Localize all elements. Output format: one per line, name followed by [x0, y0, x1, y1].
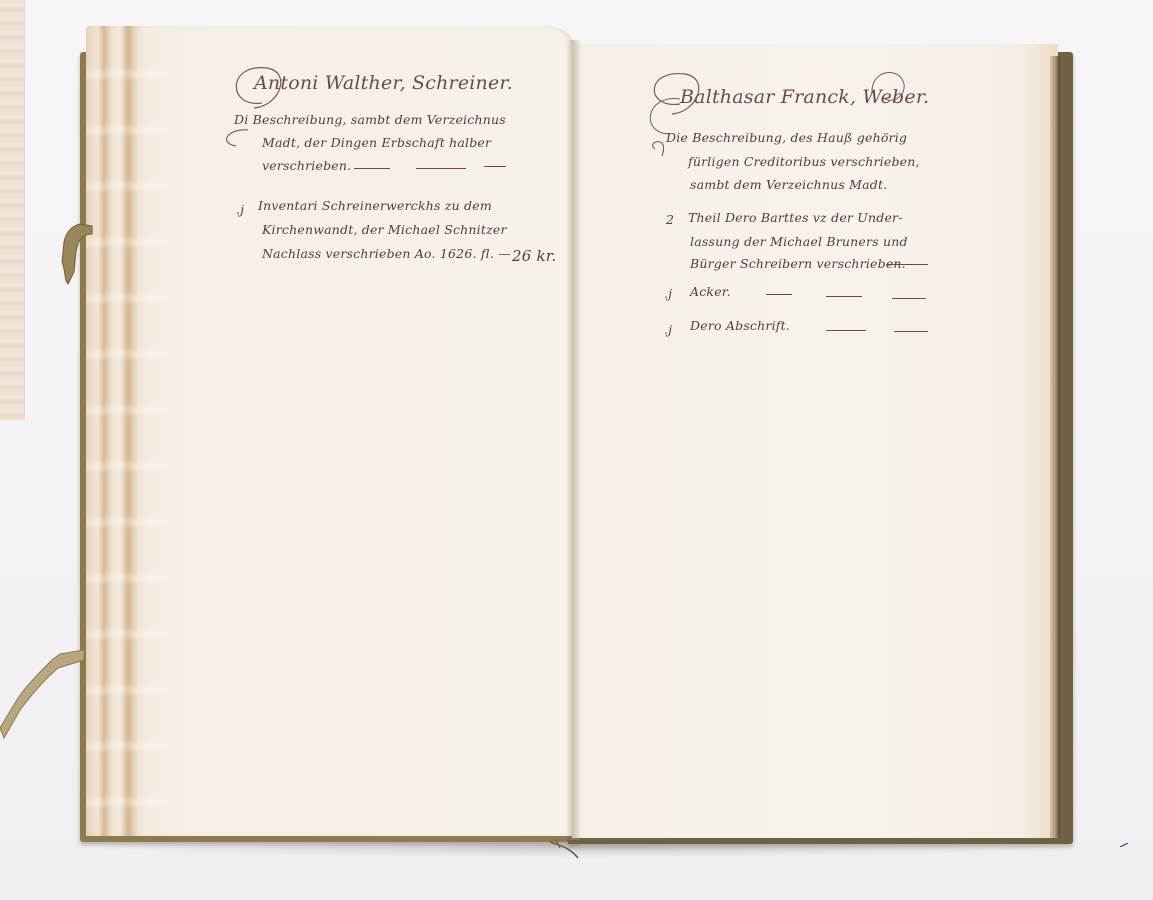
right-intro-line-1: Die Beschreibung, des Hauß gehörig [666, 128, 907, 148]
left-entry-1-amount: 26 kr. [512, 246, 556, 266]
left-entry-1-line-1: Inventari Schreinerwerckhs zu dem [258, 196, 492, 216]
right-entry-1-line-1: Theil Dero Barttes vz der Under- [688, 208, 903, 228]
page-edge-right [1050, 56, 1060, 838]
left-intro-line-2: Madt, der Dingen Erbschaft halber [262, 133, 491, 153]
right-entry-2-number: .j [664, 284, 672, 304]
dash-separator [892, 298, 926, 299]
dash-separator [894, 331, 928, 332]
bookmark-ribbon-top[interactable] [60, 222, 94, 286]
left-entry-1-line-2: Kirchenwandt, der Michael Schnitzer [262, 220, 507, 240]
left-intro-line-1: Di Beschreibung, sambt dem Verzeichnus [234, 110, 506, 130]
wooden-table-edge [0, 0, 25, 420]
left-page-heading: Antoni Walther, Schreiner. [254, 72, 513, 94]
bookmark-ribbon-bottom[interactable] [0, 648, 86, 743]
right-entry-3-number: .j [664, 320, 672, 340]
book-gutter [566, 40, 580, 840]
dash-separator [826, 330, 866, 331]
left-entry-1-number: .j [236, 200, 244, 220]
right-entry-1-number: 2 [666, 210, 674, 230]
right-entry-2-line-1: Acker. [690, 282, 731, 302]
dash-separator [886, 264, 928, 265]
right-intro-line-3: sambt dem Verzeichnus Madt. [690, 175, 887, 195]
right-intro-line-2: fürligen Creditoribus verschrieben, [688, 152, 920, 172]
dash-separator [766, 294, 792, 295]
ink-speck [1120, 843, 1128, 847]
dash-separator [354, 168, 390, 169]
right-entry-3-line-1: Dero Abschrift. [690, 316, 790, 336]
right-page-heading: Balthasar Franck, Weber. [680, 86, 929, 108]
right-entry-1-line-3: Bürger Schreibern verschrieben. [690, 254, 906, 274]
dash-separator [826, 296, 862, 297]
binding-thread [548, 838, 584, 862]
left-entry-1-line-3: Nachlass verschrieben Ao. 1626. fl. — [262, 244, 511, 264]
left-intro-line-3: verschrieben. [262, 156, 351, 176]
dash-separator [484, 166, 506, 167]
right-entry-1-line-2: lassung der Michael Bruners und [690, 232, 908, 252]
dash-separator [416, 168, 466, 169]
